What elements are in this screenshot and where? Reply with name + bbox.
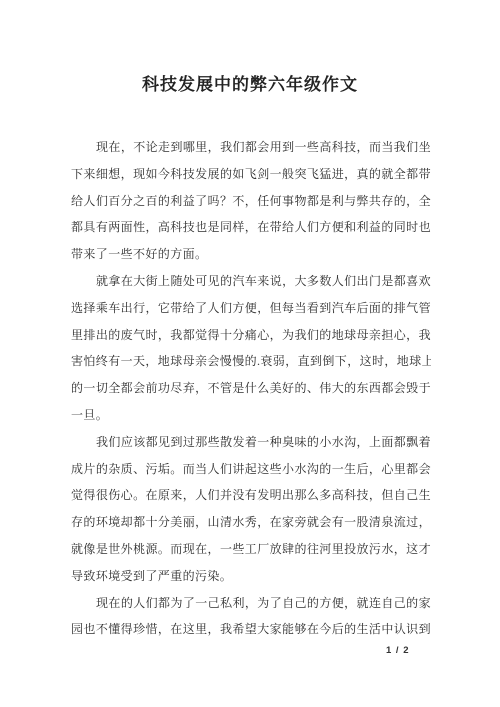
essay-line: 给人们百分之百的利益了吗？不，任何事物都是利与弊共存的，全 — [71, 188, 431, 215]
essay-line: 带来了一些不好的方面。 — [71, 241, 431, 268]
essay-line: 就拿在大街上随处可见的汽车来说，大多数人们出门是都喜欢 — [71, 268, 431, 295]
essay-line: 园也不懂得珍惜，在这里，我希望大家能够在今后的生活中认识到 — [71, 616, 431, 643]
essay-title: 科技发展中的弊六年级作文 — [0, 70, 500, 95]
essay-line: 下来细想，现如今科技发展的如飞剑一般突飞猛进，真的就全都带 — [71, 161, 431, 188]
essay-line: 的一切全都会前功尽弃，不管是什么美好的、伟大的东西都会毁于 — [71, 375, 431, 402]
essay-line: 现在的人们都为了一己私利，为了自己的方便，就连自己的家 — [71, 590, 431, 617]
page-number: 1 / 2 — [386, 645, 410, 656]
essay-line: 导致环境受到了严重的污染。 — [71, 563, 431, 590]
essay-line: 就像是世外桃源。而现在，一些工厂放肆的往河里投放污水，这才 — [71, 536, 431, 563]
essay-line: 害怕终有一天，地球母亲会慢慢的.衰弱，直到倒下，这时，地球上 — [71, 348, 431, 375]
essay-line: 成片的杂质、污垢。而当人们讲起这些小水沟的一生后，心里都会 — [71, 456, 431, 483]
essay-line: 我们应该都见到过那些散发着一种臭味的小水沟，上面都飘着 — [71, 429, 431, 456]
essay-line: 觉得很伤心。在原来，人们并没有发明出那么多高科技，但自己生 — [71, 482, 431, 509]
essay-line: 现在，不论走到哪里，我们都会用到一些高科技，而当我们坐 — [71, 134, 431, 161]
essay-line: 选择乘车出行，它带给了人们方便，但每当看到汽车后面的排气管 — [71, 295, 431, 322]
essay-line: 一旦。 — [71, 402, 431, 429]
essay-line: 都具有两面性，高科技也是同样，在带给人们方便和利益的同时也 — [71, 214, 431, 241]
essay-line: 存的环境却都十分美丽，山清水秀，在家旁就会有一股清泉流过， — [71, 509, 431, 536]
essay-body: 现在，不论走到哪里，我们都会用到一些高科技，而当我们坐 下来细想，现如今科技发展… — [71, 134, 431, 643]
document-page: 科技发展中的弊六年级作文 现在，不论走到哪里，我们都会用到一些高科技，而当我们坐… — [0, 0, 500, 707]
essay-line: 里排出的废气时，我都觉得十分痛心，为我们的地球母亲担心，我 — [71, 322, 431, 349]
